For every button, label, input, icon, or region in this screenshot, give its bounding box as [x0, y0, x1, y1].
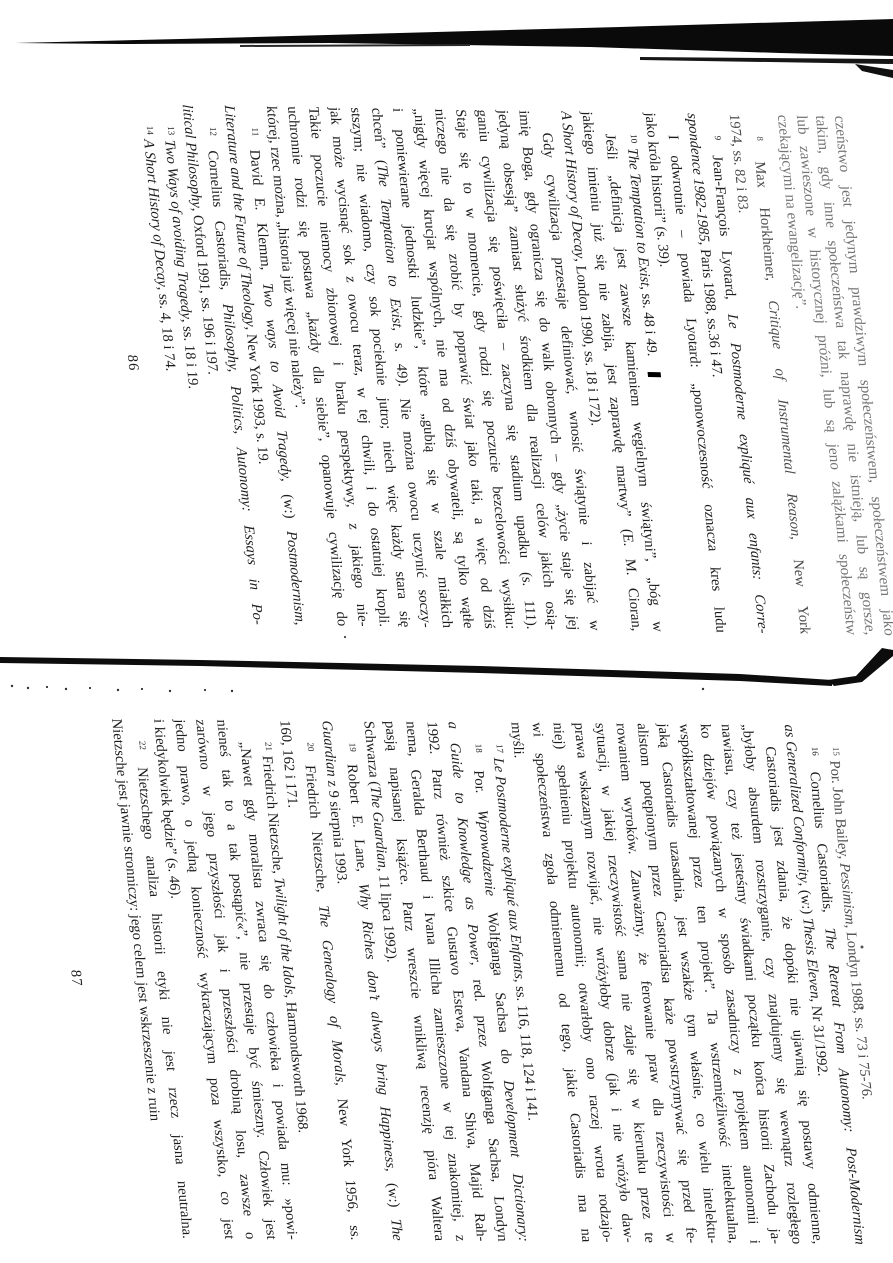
scanned-book-spread: czeństwo jest jedynym prawdziwym społecz… — [0, 0, 893, 1263]
scan-streak-page-gutter — [0, 636, 893, 692]
page-86-text: czeństwo jest jedynym prawdziwym społecz… — [134, 104, 893, 636]
scan-streak-top-edge — [15, 19, 893, 78]
ink-blot-mark — [648, 372, 662, 377]
page-87: 15 Por. John Bailey, Pessimism, Londyn 1… — [0, 690, 891, 1252]
page-number-87: 87 — [40, 718, 111, 1238]
page-86: czeństwo jest jedynym prawdziwym społecz… — [45, 72, 893, 646]
page-87-text: 15 Por. John Bailey, Pessimism, Londyn 1… — [105, 719, 891, 1245]
